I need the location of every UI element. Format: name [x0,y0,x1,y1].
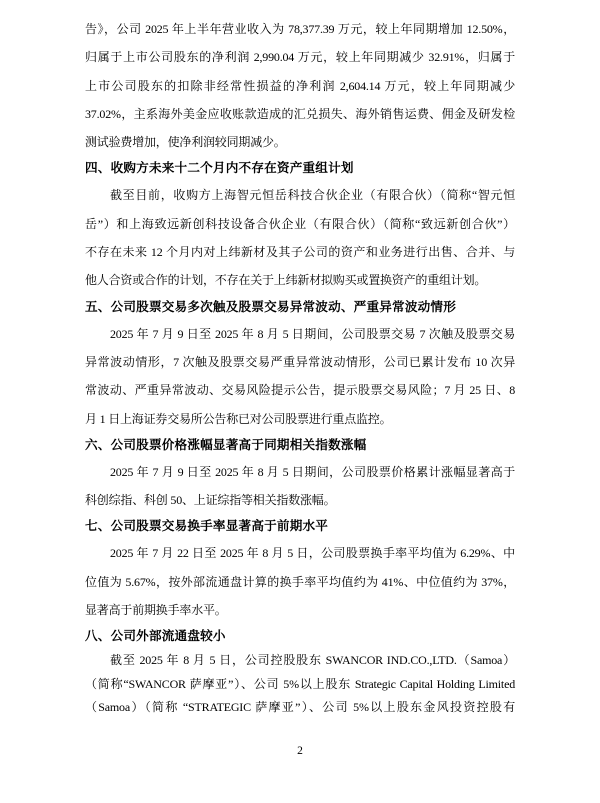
section-heading: 五、公司股票交易多次触及股票交易异常波动、严重异常波动情形 [85,299,515,316]
text-line: 岳”）和上海致远新创科技设备合伙企业（有限合伙）（简称“致远新创合伙”） [85,210,515,238]
text-line: 测试验费增加，使净利润较同期减少。 [85,128,515,156]
text-line: 常波动、严重异常波动、交易风险提示公告，提示股票交易风险；7 月 25 日、8 [85,376,515,404]
text-line: 上市公司股东的扣除非经常性损益的净利润 2,604.14 万元，较上年同期减少 [85,72,515,100]
text-line: 2025 年 7 月 22 日至 2025 年 8 月 5 日，公司股票换手率平… [85,539,515,567]
text-line: 截至目前，收购方上海智元恒岳科技合伙企业（有限合伙）（简称“智元恒 [85,181,515,209]
text-line: 归属于上市公司股东的净利润 2,990.04 万元，较上年同期减少 32.91%… [85,43,515,71]
section-heading: 七、公司股票交易换手率显著高于前期水平 [85,518,515,535]
text-line: 他人合资或合作的计划，不存在关于上纬新材拟购买或置换资产的重组计划。 [85,266,515,294]
paragraph: 2025 年 7 月 9 日至 2025 年 8 月 5 日期间，公司股票交易 … [85,320,515,433]
text-line: 异常波动情形，7 次触及股票交易严重异常波动情形，公司已累计发布 10 次异 [85,348,515,376]
page-number: 2 [0,744,600,758]
document-page: 告》，公司 2025 年上半年营业收入为 78,377.39 万元，较上年同期增… [0,0,600,803]
text-line: （简称“SWANCOR 萨摩亚”）、公司 5%以上股东 Strategic Ca… [85,673,515,697]
text-line: 2025 年 7 月 9 日至 2025 年 8 月 5 日期间，公司股票交易 … [85,320,515,348]
text-line: 月 1 日上海证券交易所公告称已对公司股票进行重点监控。 [85,405,515,433]
paragraph: 截至目前，收购方上海智元恒岳科技合伙企业（有限合伙）（简称“智元恒岳”）和上海致… [85,181,515,294]
paragraph: 2025 年 7 月 22 日至 2025 年 8 月 5 日，公司股票换手率平… [85,539,515,624]
section-heading: 六、公司股票价格涨幅显著高于同期相关指数涨幅 [85,437,515,454]
text-line: 位值为 5.67%，按外部流通盘计算的换手率平均值约为 41%、中位值约为 37… [85,568,515,596]
paragraph: 告》，公司 2025 年上半年营业收入为 78,377.39 万元，较上年同期增… [85,15,515,156]
text-line: （Samoa）（简称 “STRATEGIC 萨摩亚”）、公司 5%以上股东金风投… [85,696,515,720]
document-content: 告》，公司 2025 年上半年营业收入为 78,377.39 万元，较上年同期增… [85,15,515,720]
text-line: 截至 2025 年 8 月 5 日，公司控股股东 SWANCOR IND.CO.… [85,649,515,673]
text-line: 科创综指、科创 50、上证综指等相关指数涨幅。 [85,486,515,514]
paragraph: 截至 2025 年 8 月 5 日，公司控股股东 SWANCOR IND.CO.… [85,649,515,720]
section-heading: 四、收购方未来十二个月内不存在资产重组计划 [85,160,515,177]
text-line: 显著高于前期换手率水平。 [85,596,515,624]
text-line: 不存在未来 12 个月内对上纬新材及其子公司的资产和业务进行出售、合并、与 [85,238,515,266]
text-line: 37.02%，主系海外美金应收账款造成的汇兑损失、海外销售运费、佣金及研发检 [85,100,515,128]
section-heading: 八、公司外部流通盘较小 [85,628,515,645]
text-line: 2025 年 7 月 9 日至 2025 年 8 月 5 日期间，公司股票价格累… [85,458,515,486]
text-line: 告》，公司 2025 年上半年营业收入为 78,377.39 万元，较上年同期增… [85,15,515,43]
paragraph: 2025 年 7 月 9 日至 2025 年 8 月 5 日期间，公司股票价格累… [85,458,515,515]
